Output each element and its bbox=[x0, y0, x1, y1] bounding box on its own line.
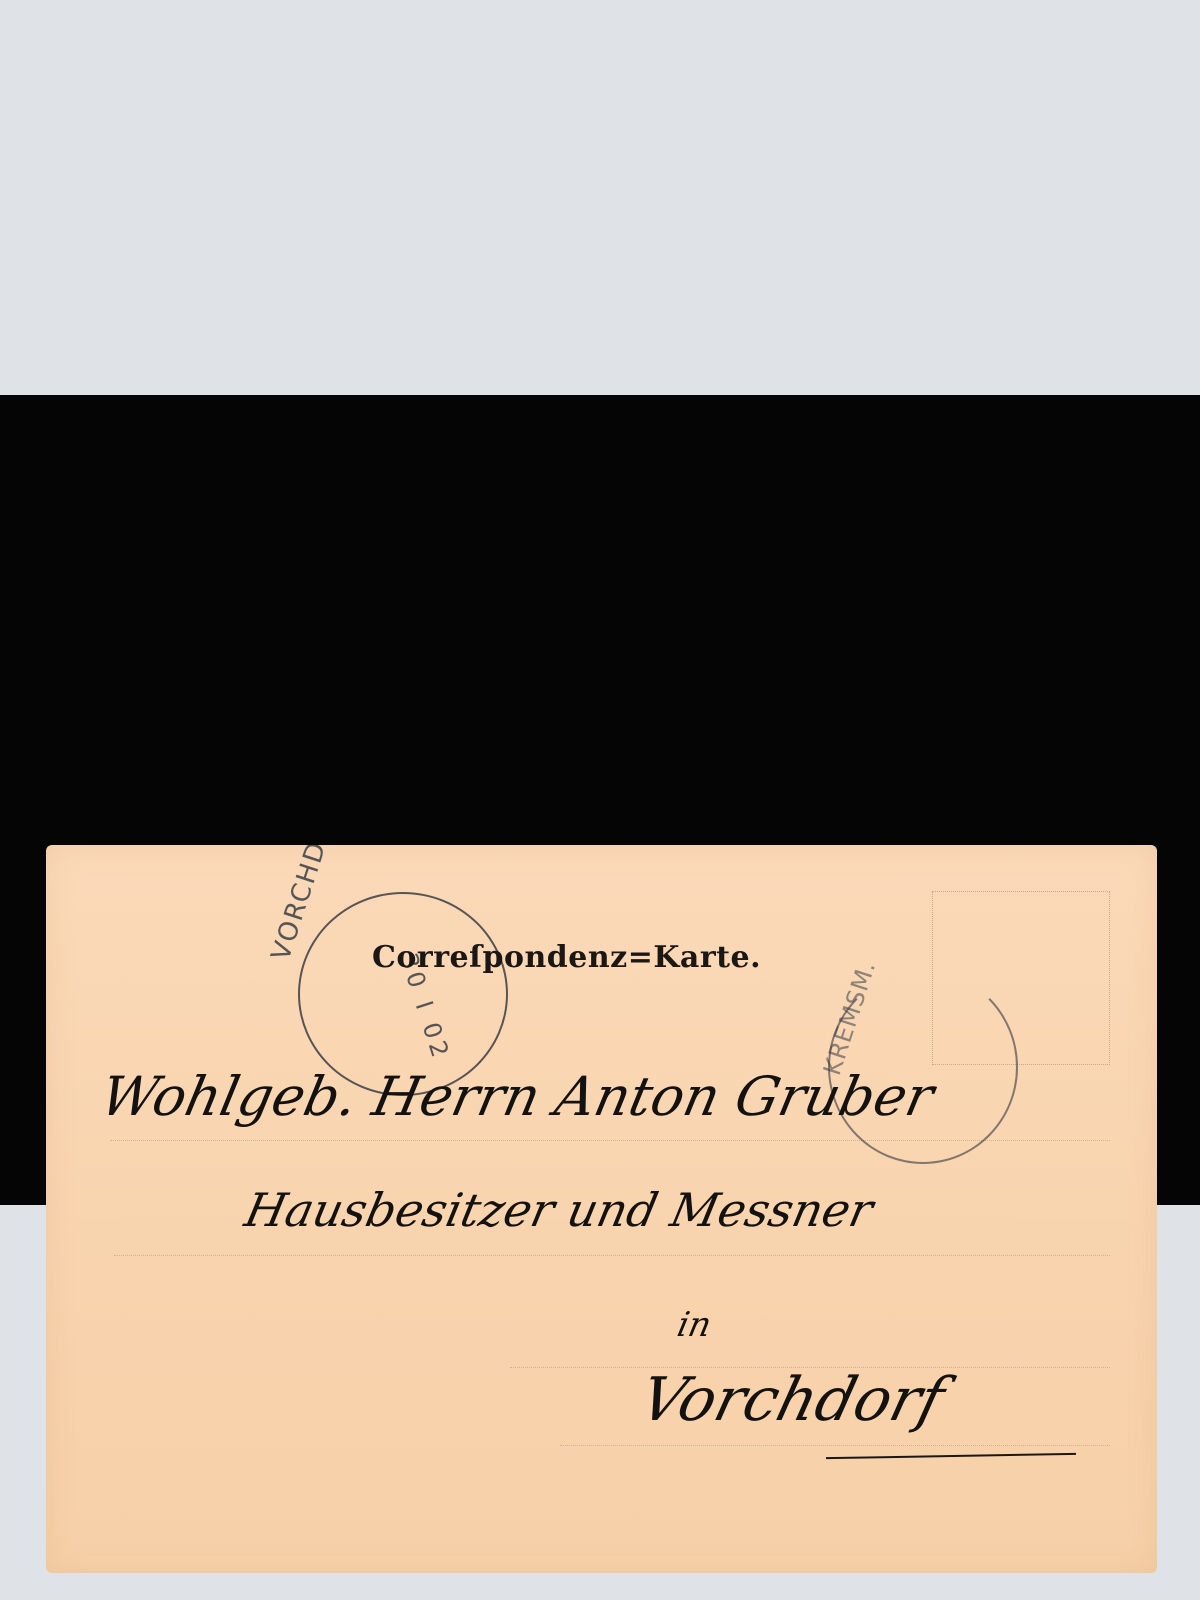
address-preposition: in bbox=[674, 1305, 715, 1345]
postcard: VORCHDORF 30 I 02 KREMSM. Correſpondenz=… bbox=[46, 845, 1157, 1573]
address-line-2 bbox=[114, 1255, 1110, 1256]
address-occupation: Hausbesitzer und Messner bbox=[240, 1183, 877, 1237]
address-line-4 bbox=[560, 1445, 1110, 1446]
card-title: Correſpondenz=Karte. bbox=[372, 940, 761, 975]
address-town: Vorchdorf bbox=[633, 1365, 951, 1435]
photo-frame: VORCHDORF 30 I 02 KREMSM. Correſpondenz=… bbox=[0, 395, 1200, 1205]
address-recipient: Wohlgeb. Herrn Anton Gruber bbox=[95, 1065, 939, 1128]
underline-flourish bbox=[826, 1453, 1076, 1459]
